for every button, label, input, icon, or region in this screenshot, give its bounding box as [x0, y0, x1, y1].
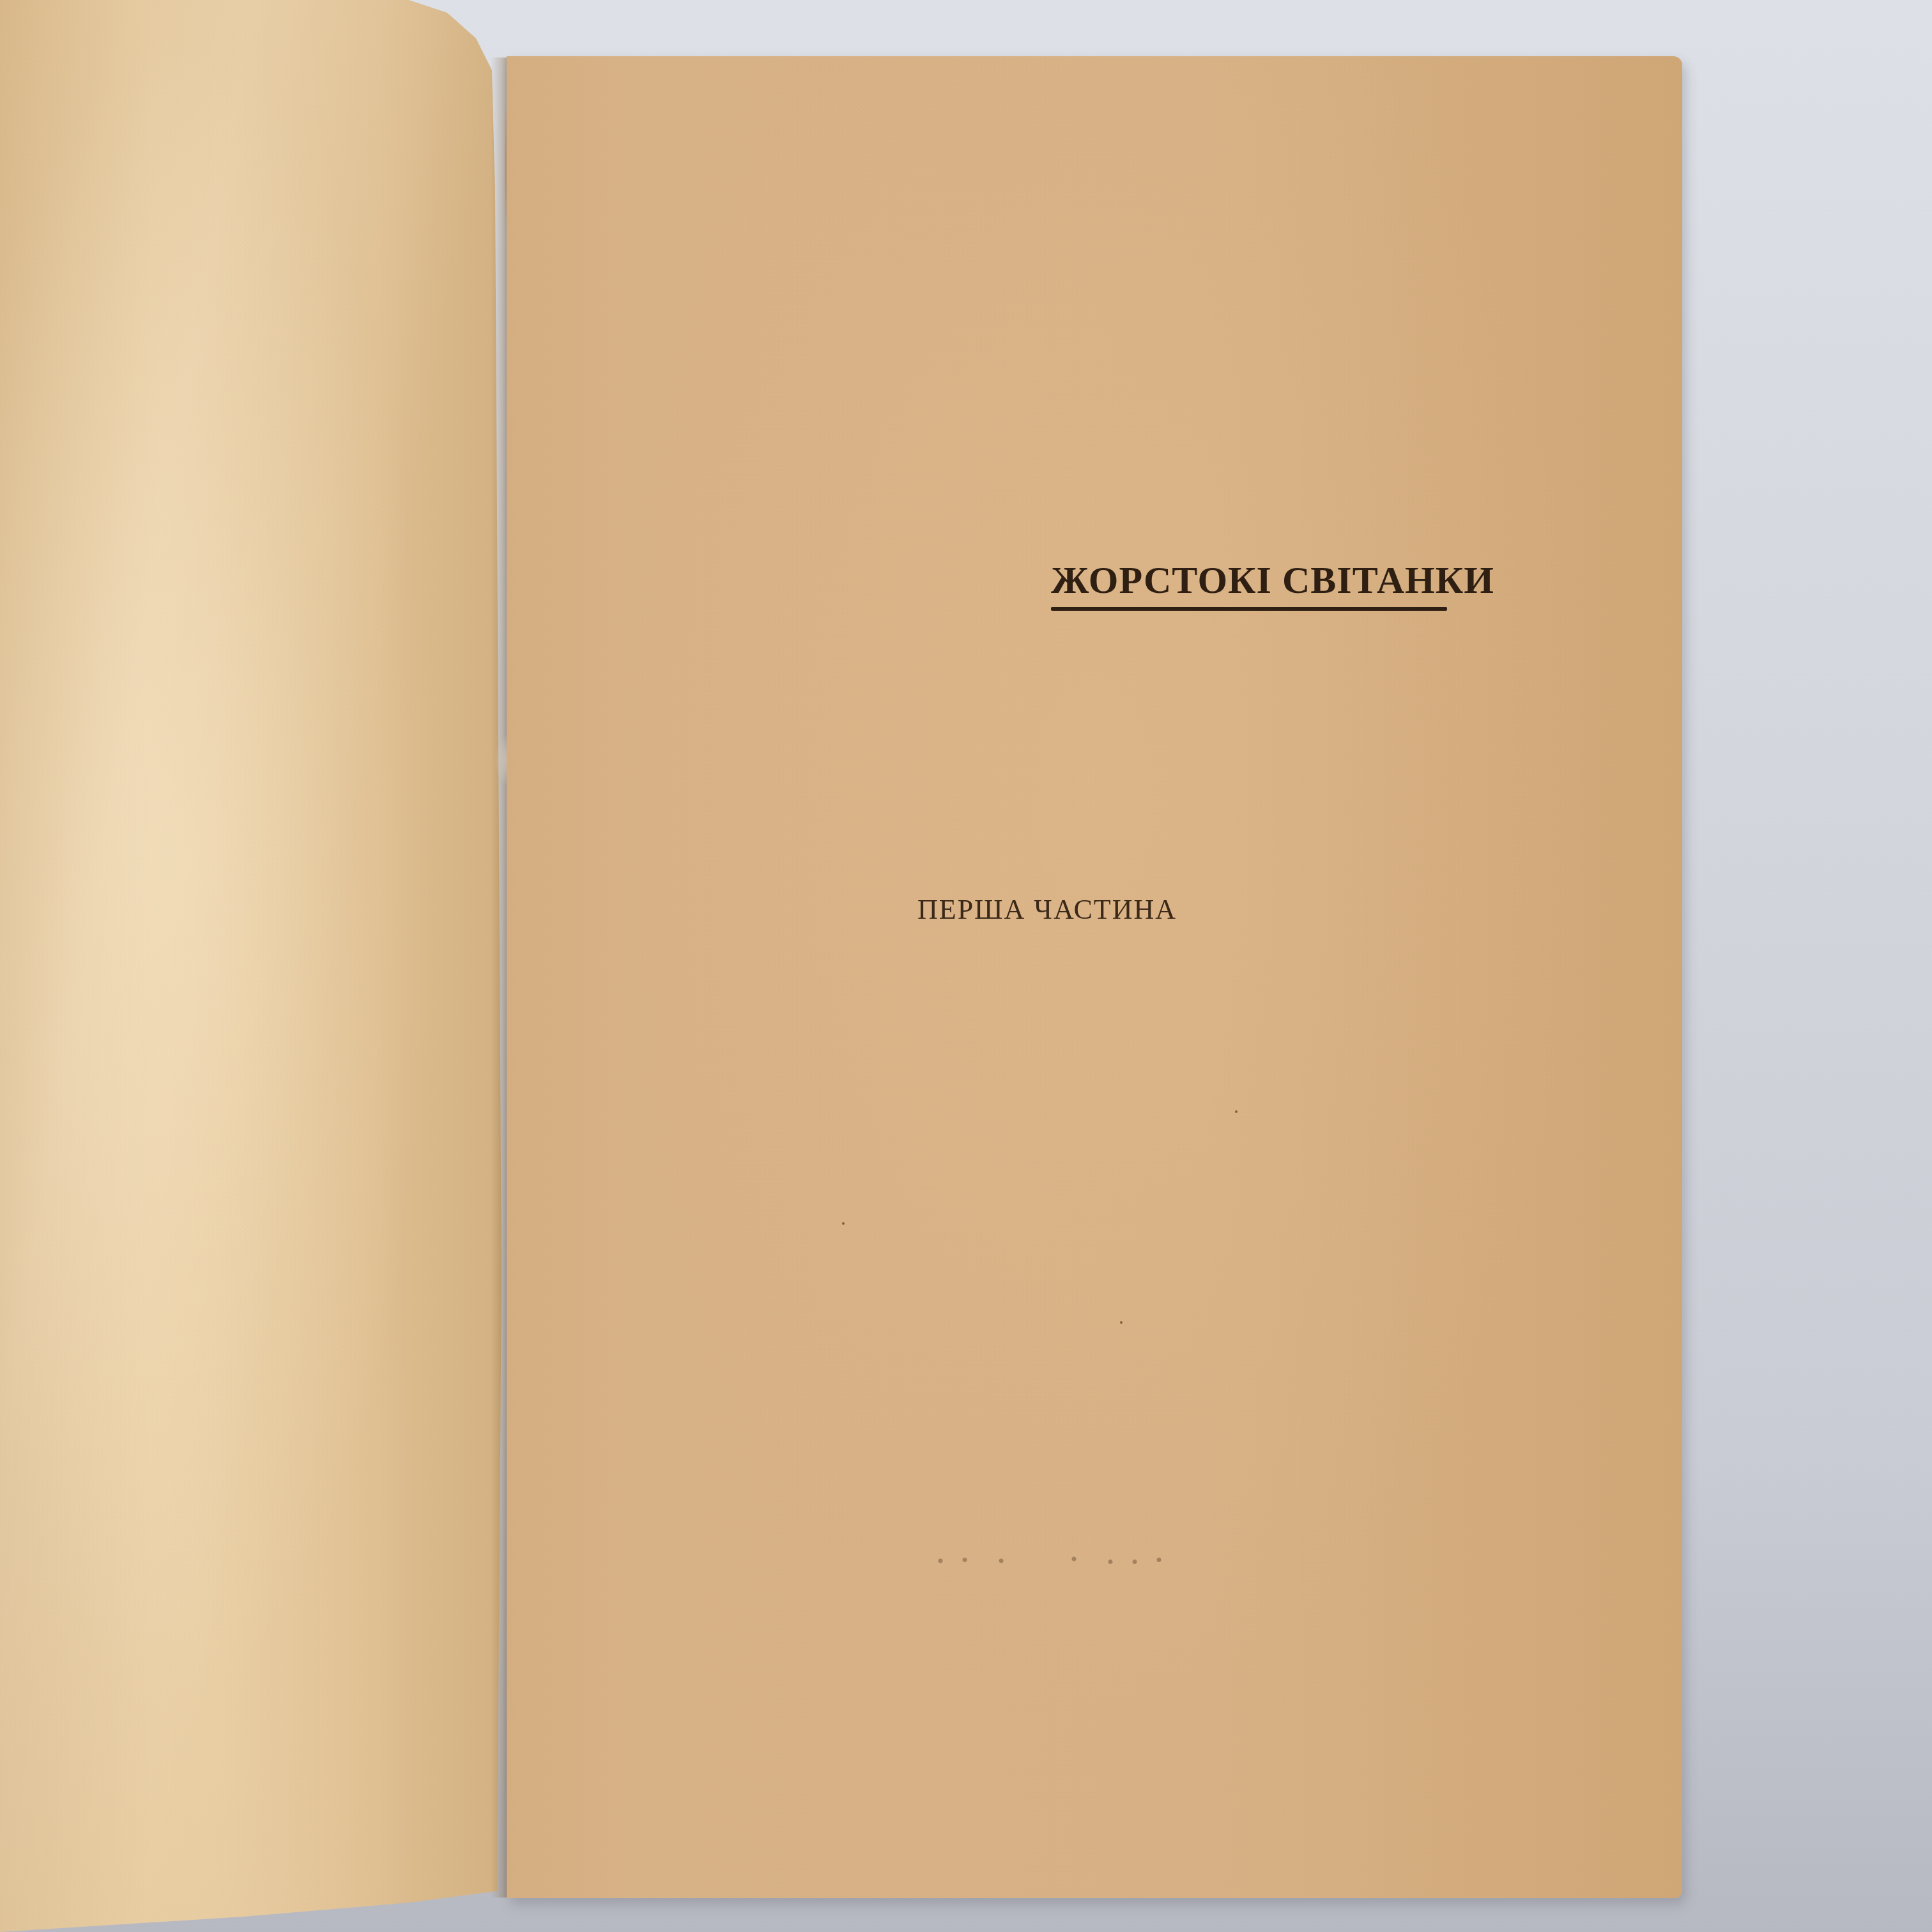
paper-fleck — [842, 1222, 845, 1225]
right-page-title-page: ЖОРСТОКІ СВІТАНКИ ПЕРША ЧАСТИНА — [507, 56, 1682, 1898]
book-title: ЖОРСТОКІ СВІТАНКИ — [1051, 561, 1460, 599]
paper-fleck — [1120, 1321, 1123, 1324]
title-block: ЖОРСТОКІ СВІТАНКИ — [1051, 561, 1460, 611]
title-underline — [1051, 607, 1447, 611]
show-through-text — [928, 1551, 1171, 1570]
paper-fleck — [1235, 1110, 1238, 1113]
left-page — [0, 0, 508, 1932]
left-page-sheen — [0, 0, 508, 1932]
part-label: ПЕРША ЧАСТИНА — [917, 893, 1177, 926]
